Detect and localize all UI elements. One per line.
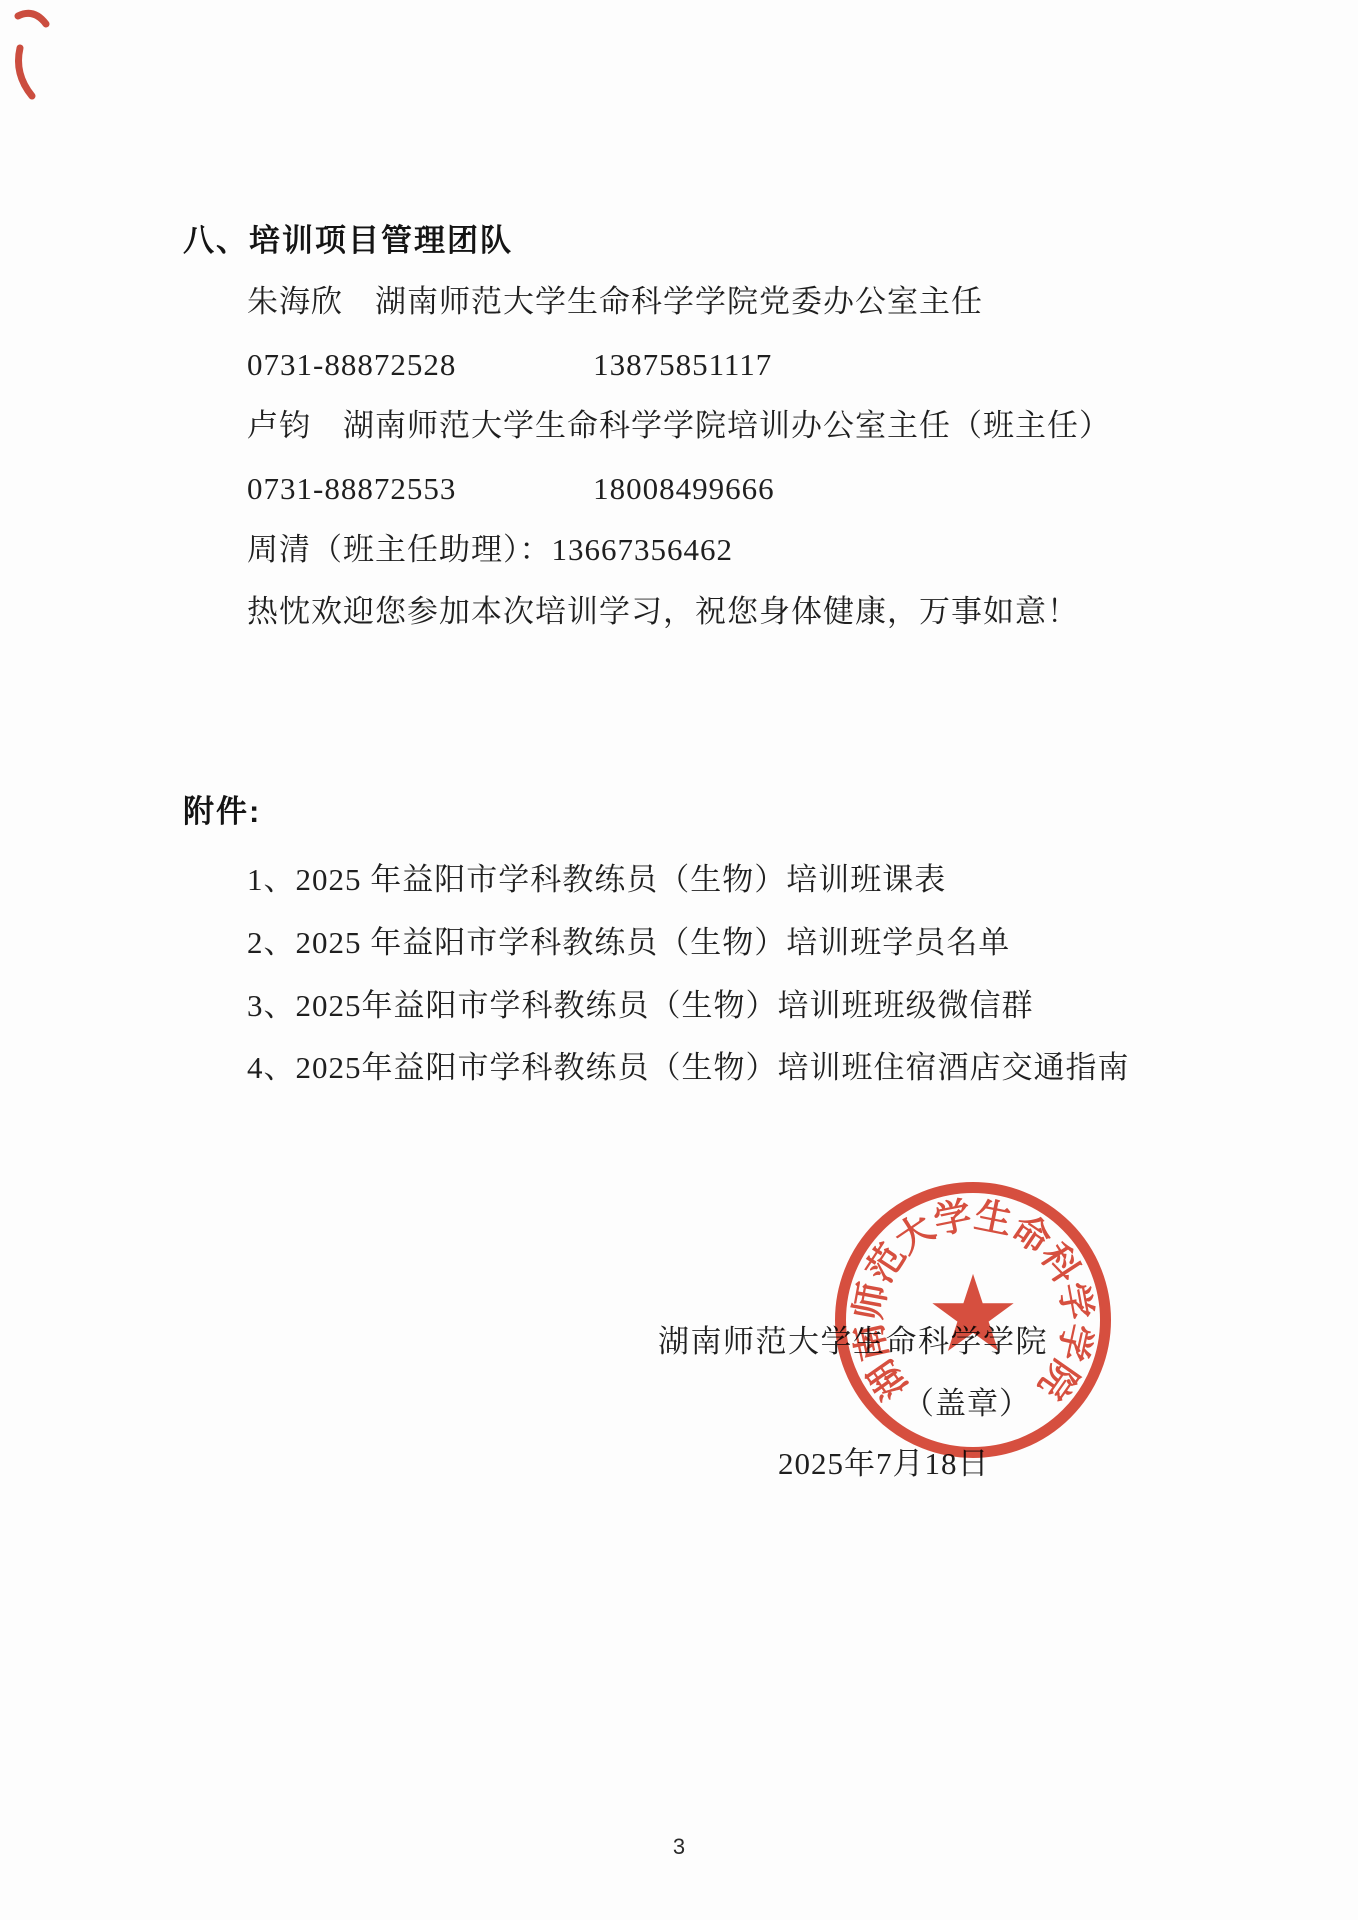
section-heading: 八、培训项目管理团队 bbox=[183, 215, 513, 260]
team-member-line: 周清（班主任助理）：13667356462 bbox=[247, 532, 733, 568]
welcome-line: 热忱欢迎您参加本次培训学习，祝您身体健康，万事如意！ bbox=[247, 594, 1079, 630]
seal-arc-char: 学 bbox=[931, 1197, 975, 1241]
attachments-label: 附件: bbox=[183, 786, 261, 831]
seal-arc-char: 南 bbox=[850, 1320, 894, 1364]
phone-line: 0731-88872553 18008499666 bbox=[247, 471, 775, 507]
document-page: 八、培训项目管理团队 朱海欣 湖南师范大学生命科学学院党委办公室主任 0731-… bbox=[0, 0, 1358, 1920]
attachment-item: 4、2025年益阳市学科教练员（生物）培训班住宿酒店交通指南 bbox=[247, 1050, 1130, 1086]
official-seal-stamp: ★ 湖南师范大学生命科学学院 bbox=[835, 1182, 1111, 1458]
page-number: 3 bbox=[0, 1834, 1358, 1860]
team-member-line: 朱海欣 湖南师范大学生命科学学院党委办公室主任 bbox=[247, 284, 983, 320]
attachment-item: 1、2025 年益阳市学科教练员（生物）培训班课表 bbox=[247, 862, 946, 898]
red-ink-marks bbox=[6, 4, 66, 114]
team-member-line: 卢钧 湖南师范大学生命科学学院培训办公室主任（班主任） bbox=[247, 408, 1111, 444]
seal-star-icon: ★ bbox=[925, 1262, 1020, 1368]
phone-line: 0731-88872528 13875851117 bbox=[247, 347, 772, 383]
attachment-item: 2、2025 年益阳市学科教练员（生物）培训班学员名单 bbox=[247, 925, 1010, 961]
attachment-item: 3、2025年益阳市学科教练员（生物）培训班班级微信群 bbox=[247, 988, 1034, 1024]
seal-arc-char: 学 bbox=[1053, 1280, 1096, 1323]
